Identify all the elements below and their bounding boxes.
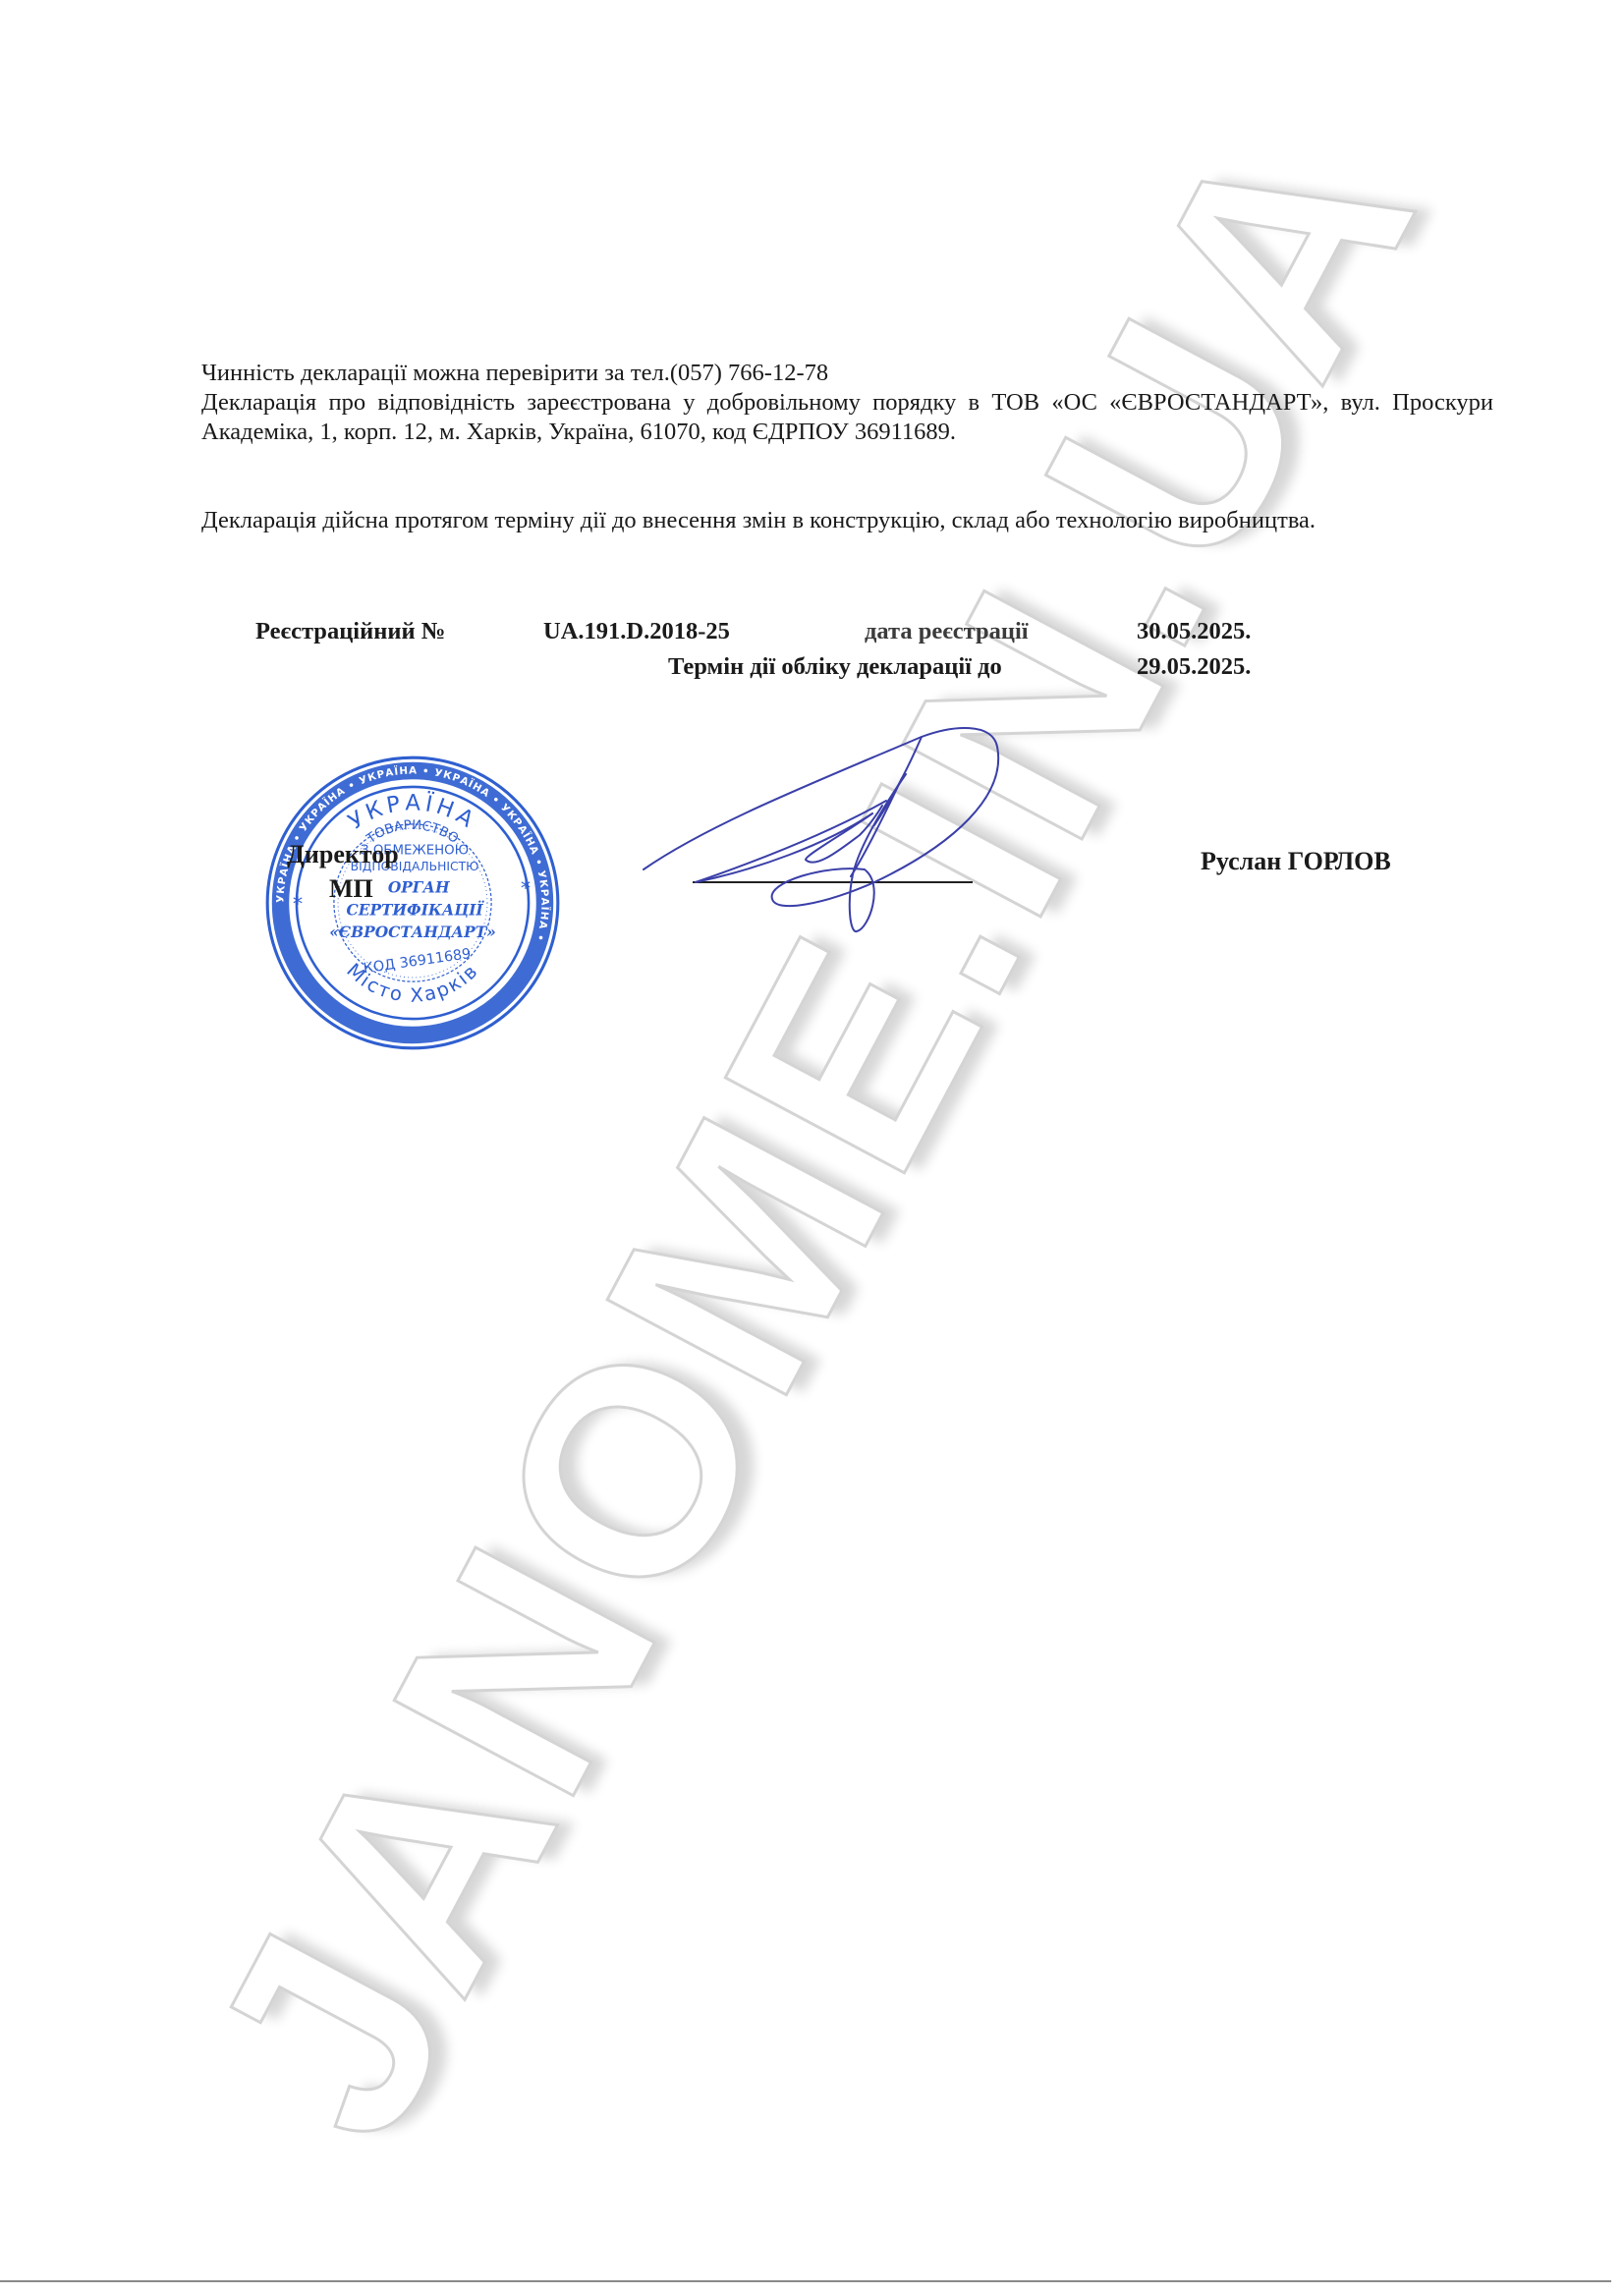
svg-text:*: * — [293, 892, 303, 916]
term-date-value: 29.05.2025. — [1137, 652, 1251, 682]
registration-date-label: дата реєстрації — [865, 617, 1029, 646]
registration-paragraph: Декларація про відповідність зареєстрова… — [201, 388, 1493, 447]
validity-paragraph: Декларація дійсна протягом терміну дії д… — [201, 506, 1493, 535]
official-stamp: УКРАЇНА • УКРАЇНА • УКРАЇНА • УКРАЇНА • … — [261, 752, 564, 1054]
signature-icon — [629, 707, 1041, 963]
verification-line: Чинність декларації можна перевірити за … — [201, 359, 1493, 388]
svg-text:ОРГАН: ОРГАН — [388, 879, 450, 897]
director-label: Директор — [287, 840, 399, 869]
seal-placement-label: МП — [329, 874, 373, 904]
page-bottom-rule — [0, 2280, 1611, 2282]
registration-number-value: UA.191.D.2018-25 — [543, 617, 730, 646]
registration-number-label: Реєстраційний № — [255, 617, 445, 646]
term-label: Термін дії обліку декларації до — [668, 652, 1002, 682]
handwritten-signature — [629, 707, 1041, 963]
svg-text:*: * — [521, 876, 531, 900]
signer-name: Руслан ГОРЛОВ — [1201, 847, 1391, 876]
registration-date-value: 30.05.2025. — [1137, 617, 1251, 646]
document-page: Чинність декларації можна перевірити за … — [0, 0, 1624, 2295]
svg-text:«ЄВРОСТАНДАРТ»: «ЄВРОСТАНДАРТ» — [329, 924, 496, 941]
stamp-seal-icon: УКРАЇНА • УКРАЇНА • УКРАЇНА • УКРАЇНА • … — [261, 752, 564, 1054]
